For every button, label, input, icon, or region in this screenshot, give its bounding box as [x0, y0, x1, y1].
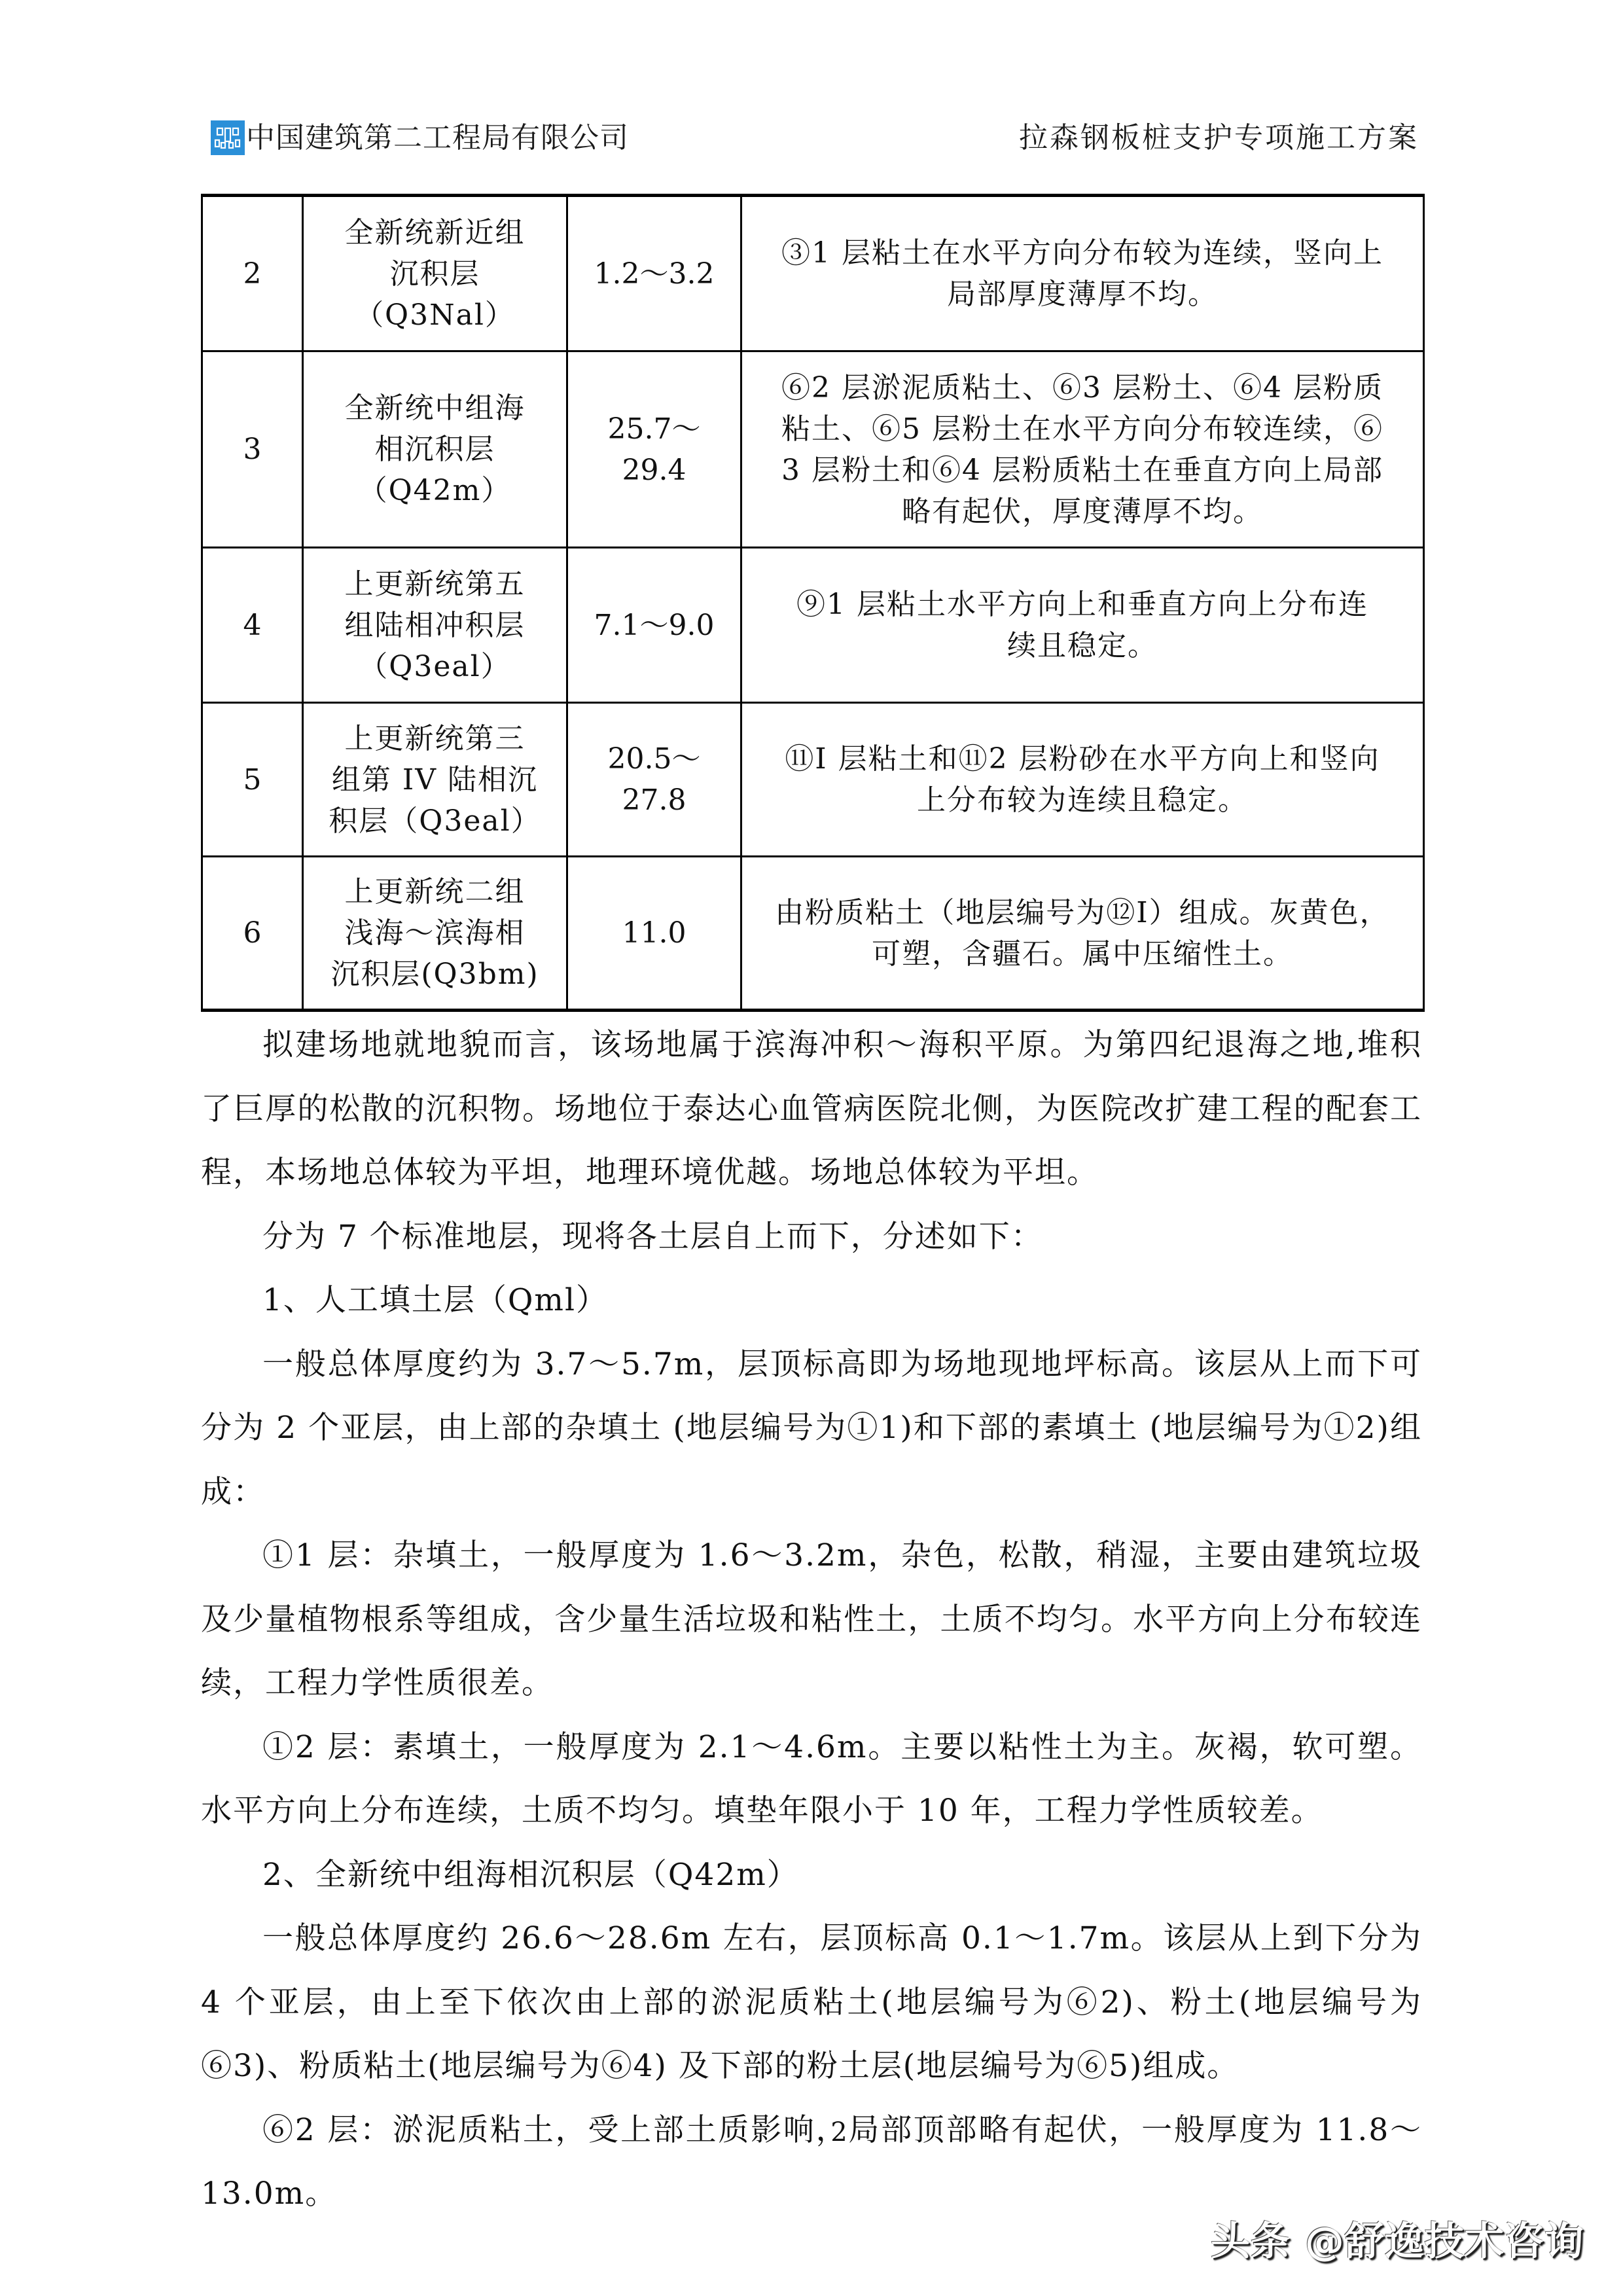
paragraph: 拟建场地就地貌而言，该场地属于滨海冲积～海积平原。为第四纪退海之地,堆积了巨厚的… — [201, 1013, 1422, 1205]
section-heading: 1、人工填土层（Qml） — [201, 1268, 1422, 1333]
description: ⑪I 层粘土和⑪2 层粉砂在水平方向上和竖向 上分布较为连续且稳定。 — [741, 703, 1424, 857]
table-row: 2 全新统新近组 沉积层 （Q3Nal） 1.2～3.2 ③1 层粘土在水平方向… — [202, 196, 1424, 351]
paragraph: ①2 层：素填土，一般厚度为 2.1～4.6m。主要以粘性土为主。灰褐，软可塑。… — [201, 1715, 1422, 1843]
thickness: 11.0 — [567, 857, 741, 1011]
name-line: 上更新统二组 — [321, 871, 549, 912]
desc-line: ⑥2 层淤泥质粘土、⑥3 层粉土、⑥4 层粉质 — [759, 367, 1406, 408]
desc-line: 局部厚度薄厚不均。 — [759, 274, 1406, 315]
description: ③1 层粘土在水平方向分布较为连续，竖向上 局部厚度薄厚不均。 — [741, 196, 1424, 351]
thickness-line: 11.0 — [580, 912, 728, 954]
row-number: 3 — [202, 351, 303, 548]
row-number: 2 — [202, 196, 303, 351]
row-number: 6 — [202, 857, 303, 1011]
description: 由粉质粘土（地层编号为⑫I）组成。灰黄色， 可塑，含疆石。属中压缩性土。 — [741, 857, 1424, 1011]
body-text: 拟建场地就地貌而言，该场地属于滨海冲积～海积平原。为第四纪退海之地,堆积了巨厚的… — [201, 1013, 1422, 2226]
thickness-line: 20.5～ — [580, 738, 728, 780]
cscec-logo-icon — [211, 120, 245, 155]
strata-table: 2 全新统新近组 沉积层 （Q3Nal） 1.2～3.2 ③1 层粘土在水平方向… — [201, 194, 1425, 1012]
name-line: （Q42m） — [321, 470, 549, 511]
name-line: （Q3Nal） — [321, 295, 549, 336]
desc-line: ⑨1 层粘土水平方向上和垂直方向上分布连 — [759, 584, 1406, 625]
name-line: 积层（Q3eal） — [321, 800, 549, 842]
paragraph: 分为 7 个标准地层，现将各土层自上而下，分述如下： — [201, 1205, 1422, 1269]
paragraph: 一般总体厚度约为 3.7～5.7m，层顶标高即为场地现地坪标高。该层从上而下可分… — [201, 1333, 1422, 1524]
thickness: 7.1～9.0 — [567, 548, 741, 703]
name-line: （Q3eal） — [321, 646, 549, 687]
desc-line: 粘土、⑥5 层粉土在水平方向分布较连续，⑥ — [759, 408, 1406, 450]
stratum-name: 上更新统第五 组陆相冲积层 （Q3eal） — [303, 548, 567, 703]
table-row: 4 上更新统第五 组陆相冲积层 （Q3eal） 7.1～9.0 ⑨1 层粘土水平… — [202, 548, 1424, 703]
description: ⑥2 层淤泥质粘土、⑥3 层粉土、⑥4 层粉质 粘土、⑥5 层粉土在水平方向分布… — [741, 351, 1424, 548]
name-line: 上更新统第三 — [321, 718, 549, 759]
stratum-name: 全新统新近组 沉积层 （Q3Nal） — [303, 196, 567, 351]
description: ⑨1 层粘土水平方向上和垂直方向上分布连 续且稳定。 — [741, 548, 1424, 703]
paragraph: ①1 层：杂填土，一般厚度为 1.6～3.2m，杂色，松散，稍湿，主要由建筑垃圾… — [201, 1524, 1422, 1715]
thickness: 1.2～3.2 — [567, 196, 741, 351]
document-title: 拉森钢板桩支护专项施工方案 — [1019, 122, 1419, 154]
thickness-line: 1.2～3.2 — [580, 253, 728, 295]
table-row: 5 上更新统第三 组第 IV 陆相沉 积层（Q3eal） 20.5～ 27.8 … — [202, 703, 1424, 857]
thickness-line: 29.4 — [580, 450, 728, 491]
table-row: 6 上更新统二组 浅海～滨海相 沉积层(Q3bm) 11.0 由粉质粘土（地层编… — [202, 857, 1424, 1011]
name-line: 相沉积层 — [321, 429, 549, 470]
desc-line: ⑪I 层粘土和⑪2 层粉砂在水平方向上和竖向 — [759, 738, 1406, 780]
name-line: 浅海～滨海相 — [321, 912, 549, 954]
page-header: 中国建筑第二工程局有限公司 拉森钢板桩支护专项施工方案 — [211, 115, 1419, 161]
table-row: 3 全新统中组海 相沉积层 （Q42m） 25.7～ 29.4 ⑥2 层淤泥质粘… — [202, 351, 1424, 548]
name-line: 组第 IV 陆相沉 — [321, 759, 549, 800]
desc-line: 略有起伏，厚度薄厚不均。 — [759, 491, 1406, 532]
desc-line: 上分布较为连续且稳定。 — [759, 780, 1406, 821]
company-name: 中国建筑第二工程局有限公司 — [246, 122, 629, 154]
thickness: 25.7～ 29.4 — [567, 351, 741, 548]
thickness-line: 25.7～ — [580, 408, 728, 450]
stratum-name: 全新统中组海 相沉积层 （Q42m） — [303, 351, 567, 548]
desc-line: ③1 层粘土在水平方向分布较为连续，竖向上 — [759, 232, 1406, 274]
row-number: 4 — [202, 548, 303, 703]
name-line: 沉积层(Q3bm) — [321, 954, 549, 995]
stratum-name: 上更新统第三 组第 IV 陆相沉 积层（Q3eal） — [303, 703, 567, 857]
thickness: 20.5～ 27.8 — [567, 703, 741, 857]
desc-line: 3 层粉土和⑥4 层粉质粘土在垂直方向上局部 — [759, 450, 1406, 491]
row-number: 5 — [202, 703, 303, 857]
name-line: 全新统新近组 — [321, 212, 549, 253]
desc-line: 续且稳定。 — [759, 625, 1406, 666]
paragraph: 一般总体厚度约 26.6～28.6m 左右，层顶标高 0.1～1.7m。该层从上… — [201, 1907, 1422, 2098]
name-line: 上更新统第五 — [321, 564, 549, 605]
desc-line: 由粉质粘土（地层编号为⑫I）组成。灰黄色， — [759, 892, 1406, 933]
thickness-line: 27.8 — [580, 780, 728, 821]
name-line: 沉积层 — [321, 253, 549, 295]
watermark: 头条 @舒逸技术咨询 — [1211, 2219, 1584, 2265]
section-heading: 2、全新统中组海相沉积层（Q42m） — [201, 1843, 1422, 1907]
thickness-line: 7.1～9.0 — [580, 605, 728, 646]
name-line: 全新统中组海 — [321, 387, 549, 429]
name-line: 组陆相冲积层 — [321, 605, 549, 646]
desc-line: 可塑，含疆石。属中压缩性土。 — [759, 933, 1406, 975]
paragraph: ⑥2 层：淤泥质粘土，受上部土质影响，局部顶部略有起伏，一般厚度为 11.8～1… — [201, 2098, 1422, 2226]
stratum-name: 上更新统二组 浅海～滨海相 沉积层(Q3bm) — [303, 857, 567, 1011]
page-number: 2 — [826, 2117, 852, 2148]
